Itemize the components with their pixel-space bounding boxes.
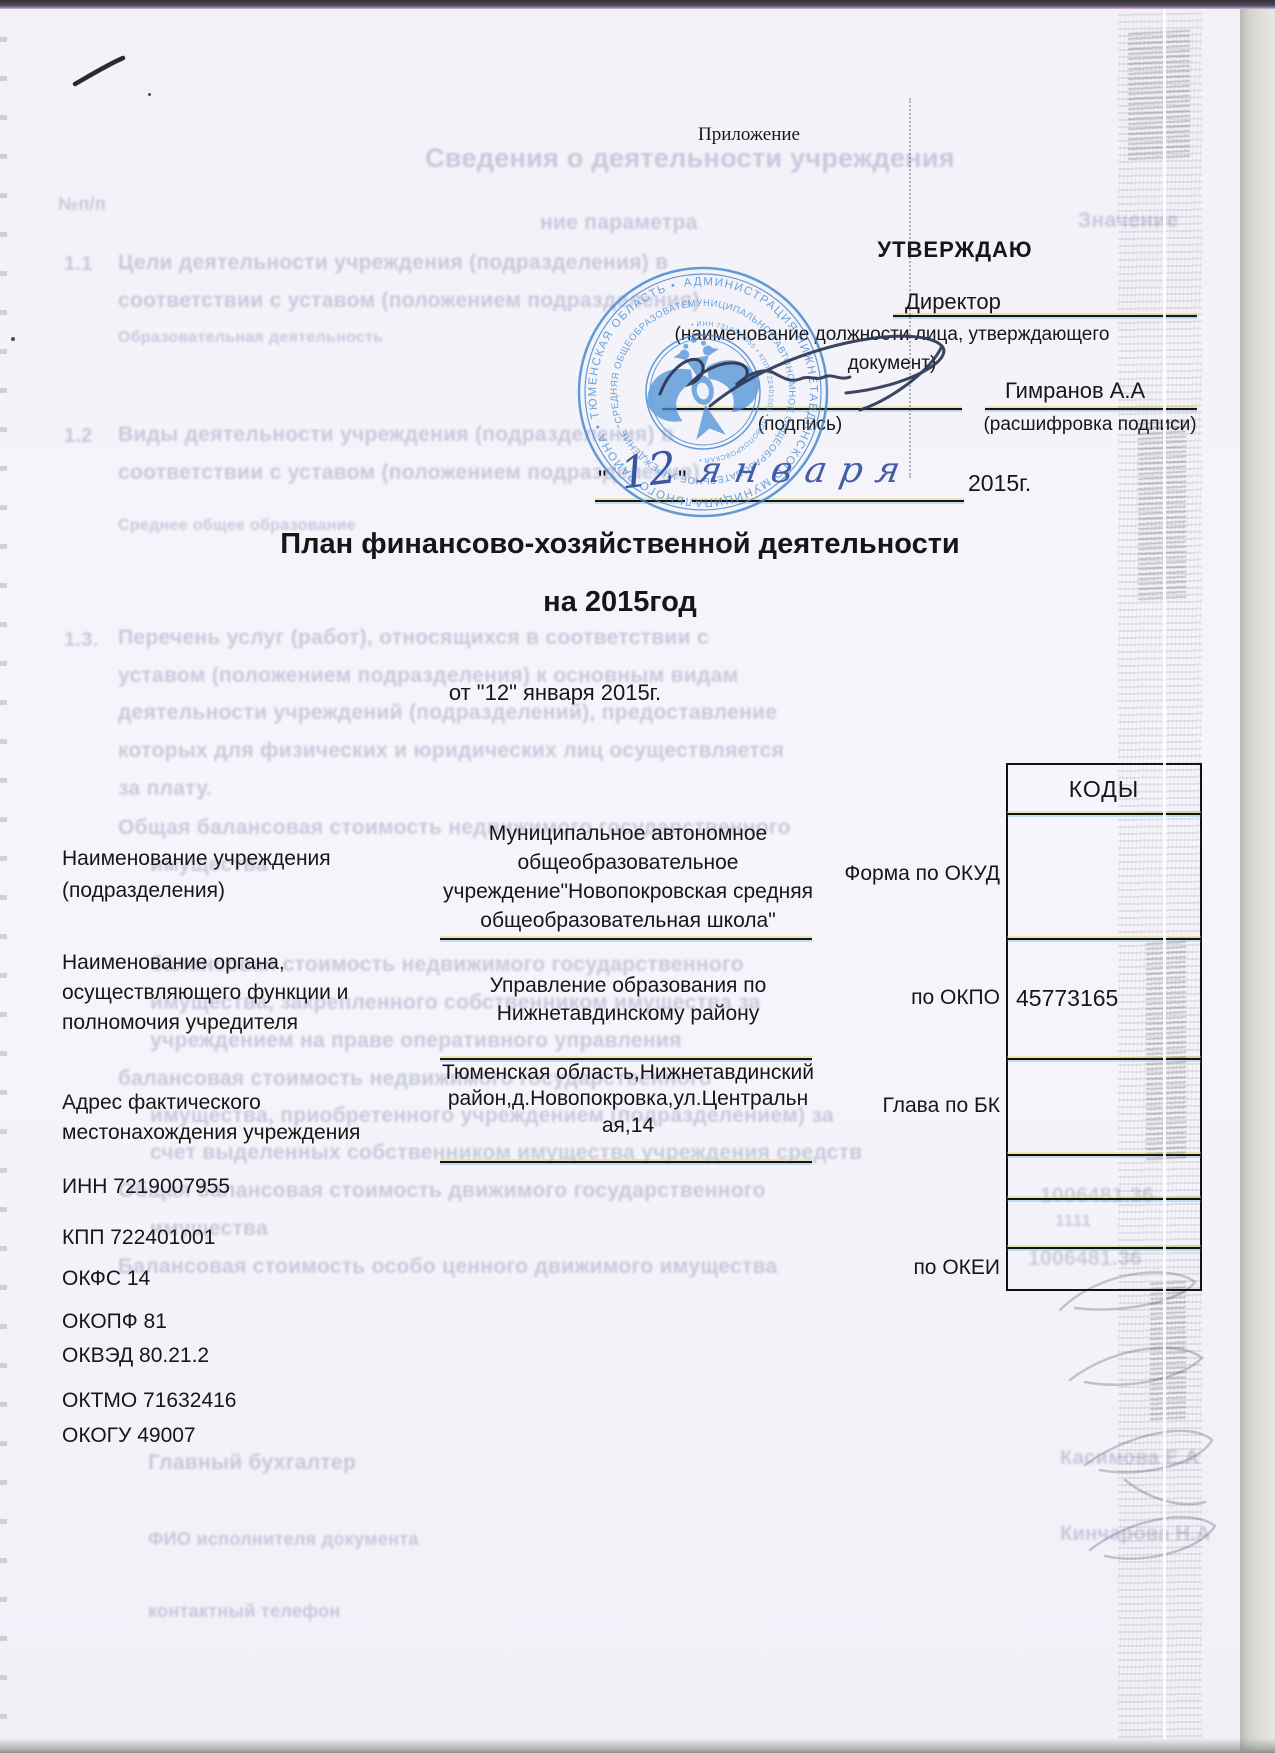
scan-top-edge xyxy=(0,0,1275,9)
founder-label: Наименование органа, осуществляющего фун… xyxy=(62,948,372,1037)
ghost-bleedthrough-text: №п/п xyxy=(58,193,148,216)
ghost-bleedthrough-text: Образовательная деятельность xyxy=(118,328,548,348)
registration-code-line: ОКОГУ 49007 xyxy=(62,1424,196,1448)
scan-noise-cluster xyxy=(1146,940,1186,1160)
handwritten-day: 12 xyxy=(618,442,680,499)
ghost-bleedthrough-text: Перечень услуг (работ), относящихся в со… xyxy=(118,625,888,651)
scan-bottom-edge xyxy=(0,1738,1275,1753)
scanner-streak xyxy=(1163,9,1166,1740)
address-label: Адрес фактического местонахождения учреж… xyxy=(62,1088,402,1148)
scan-noise-cluster xyxy=(1150,1280,1186,1420)
scan-noise-strip xyxy=(1118,9,1202,1738)
director-signature xyxy=(648,320,1010,424)
institution-name-label: Наименование учреждения (подразделения) xyxy=(62,843,362,906)
ghost-bleedthrough-text: Главный бухгалтер xyxy=(148,1450,468,1476)
registration-code-line: ОКВЭД 80.21.2 xyxy=(62,1344,209,1368)
registration-code-line: ОКТМО 71632416 xyxy=(62,1389,237,1413)
handwritten-month: января xyxy=(694,448,916,491)
registration-code-line: ОКОПФ 81 xyxy=(62,1310,167,1334)
scan-noise-cluster xyxy=(1138,420,1186,600)
scan-noise-cluster xyxy=(1128,30,1190,160)
scanned-document: №п/пСведения о деятельности учрежденияни… xyxy=(0,0,1275,1753)
registration-code-line: КПП 722401001 xyxy=(62,1226,215,1250)
institution-name-underline xyxy=(440,938,812,940)
address-underline xyxy=(440,1161,812,1163)
ink-speck xyxy=(11,337,15,341)
registration-code-line: ИНН 7219007955 xyxy=(62,1175,230,1199)
ghost-bleedthrough-text: Общая балансовая стоимость движимого гос… xyxy=(118,1178,918,1204)
approver-position: Директор xyxy=(905,289,1001,315)
okei-label: по ОКЕИ xyxy=(780,1256,1000,1280)
ghost-bleedthrough-text: 1.3. xyxy=(64,628,119,653)
handwritten-date: 12 января xyxy=(593,430,1067,508)
ghost-bleedthrough-text: ФИО исполнителя документа xyxy=(148,1528,518,1551)
founder-value: Управление образования по Нижнетавдинско… xyxy=(442,972,814,1029)
appendix-label: Приложение xyxy=(698,124,808,146)
scan-left-edge xyxy=(0,0,7,1753)
document-date-line: от "12" января 2015г. xyxy=(0,680,1110,706)
ghost-bleedthrough-text: контактный телефон xyxy=(148,1600,458,1623)
institution-name-value: Муниципальное автономное общеобразовател… xyxy=(442,820,814,936)
document-subtitle: на 2015год xyxy=(0,586,1240,619)
ghost-bleedthrough-text: 1.2 xyxy=(64,424,114,449)
pen-slash-mark xyxy=(65,48,130,93)
ghost-bleedthrough-text: ние параметра xyxy=(540,210,870,236)
ink-speck xyxy=(148,93,151,96)
okpo-value: 45773165 xyxy=(1016,985,1118,1012)
ghost-bleedthrough-text: за плату. xyxy=(118,776,318,802)
ghost-bleedthrough-text: Сведения о деятельности учреждения xyxy=(230,142,1150,176)
scanner-background xyxy=(1240,0,1275,1753)
address-value: Тюменская область,Нижнетавдинский район,… xyxy=(442,1060,814,1139)
ghost-bleedthrough-text: 1.1 xyxy=(64,252,114,277)
registration-code-line: ОКФС 14 xyxy=(62,1267,150,1291)
ghost-bleedthrough-text: которых для физических и юридических лиц… xyxy=(118,738,928,764)
